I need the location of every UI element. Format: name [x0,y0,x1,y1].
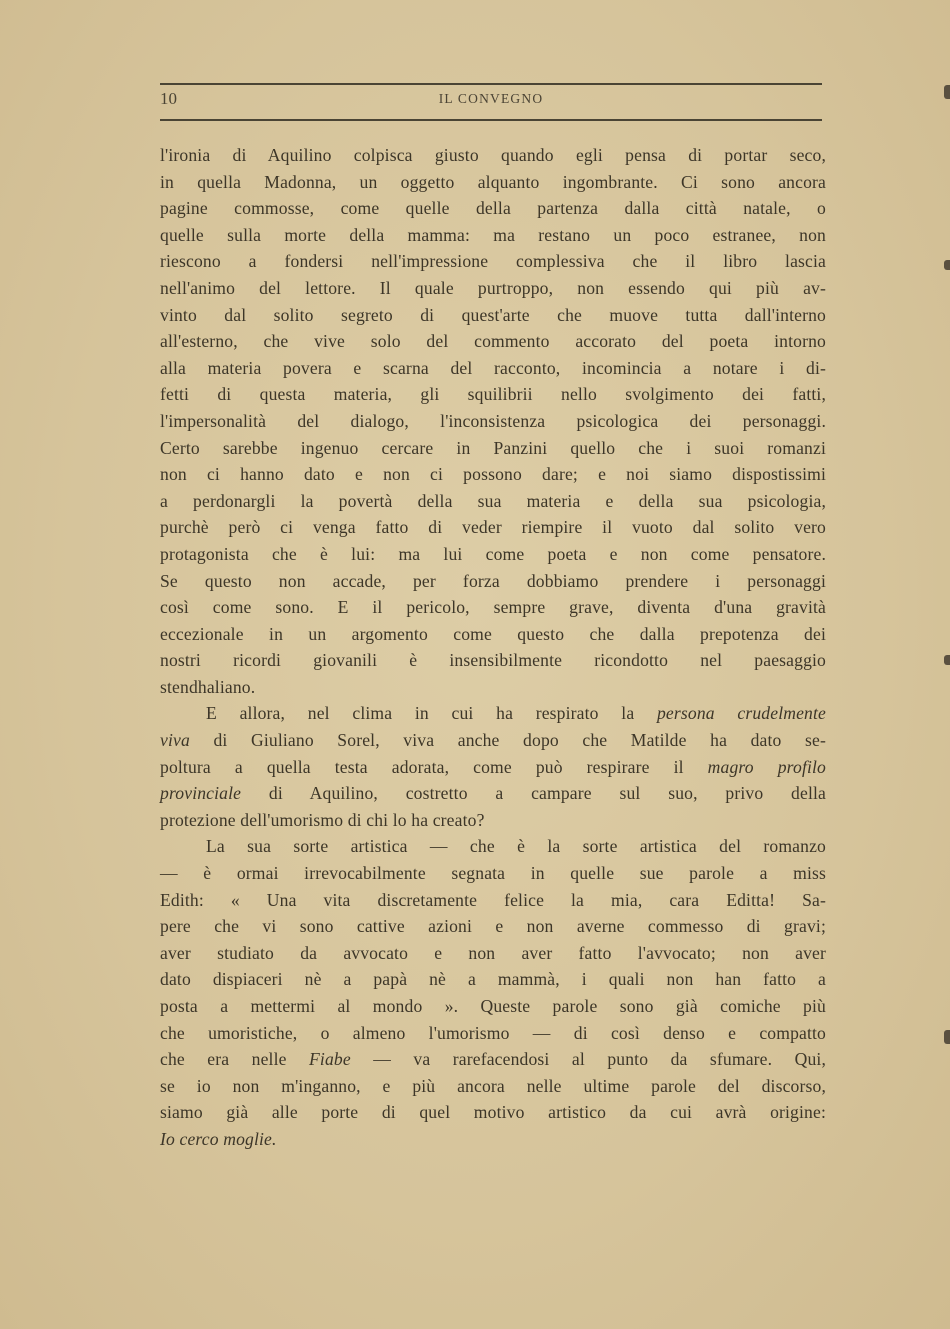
italic-phrase: provinciale [160,783,241,803]
text-line: a perdonargli la povertà della sua mater… [160,488,826,515]
text-run: E allora, nel clima in cui ha respirato … [206,703,657,723]
text-line: protagonista che è lui: ma lui come poet… [160,541,826,568]
text-line: Se questo non accade, per forza dobbiamo… [160,568,826,595]
text-line: Edith: « Una vita discretamente felice l… [160,887,826,914]
text-line: stendhaliano. [160,674,826,701]
text-line: in quella Madonna, un oggetto alquanto i… [160,169,826,196]
binding-hole-mark [944,1030,950,1044]
running-head: 10 IL CONVEGNO [160,89,822,113]
text-line: posta a mettermi al mondo ». Queste paro… [160,993,826,1020]
text-line: vinto dal solito segreto di quest'arte c… [160,302,826,329]
text-line: purchè però ci venga fatto di veder riem… [160,514,826,541]
text-run: che era nelle [160,1049,309,1069]
italic-phrase: persona crudelmente [657,703,826,723]
text-line: l'ironia di Aquilino colpisca giusto qua… [160,142,826,169]
text-line: così come sono. E il pericolo, sempre gr… [160,594,826,621]
text-line: siamo già alle porte di quel motivo arti… [160,1099,826,1126]
text-line: dato dispiaceri nè a papà nè a mammà, i … [160,966,826,993]
italic-phrase: magro profilo [708,757,826,777]
text-line: che umoristiche, o almeno l'umorismo — d… [160,1020,826,1047]
text-line: riescono a fondersi nell'impressione com… [160,248,826,275]
text-line: protezione dell'umorismo di chi lo ha cr… [160,807,826,834]
text-line: viva di Giuliano Sorel, viva anche dopo … [160,727,826,754]
text-line: — è ormai irrevocabilmente segnata in qu… [160,860,826,887]
text-line: l'impersonalità del dialogo, l'inconsist… [160,408,826,435]
text-line: aver studiato da avvocato e non aver fat… [160,940,826,967]
binding-hole-mark [944,655,950,665]
italic-title: Io cerco moglie. [160,1129,277,1149]
text-line: La sua sorte artistica — che è la sorte … [160,833,826,860]
journal-title: IL CONVEGNO [160,91,822,107]
text-line: Certo sarebbe ingenuo cercare in Panzini… [160,435,826,462]
text-line: che era nelle Fiabe — va rarefacendosi a… [160,1046,826,1073]
text-line: eccezionale in un argomento come questo … [160,621,826,648]
text-line: se io non m'inganno, e più ancora nelle … [160,1073,826,1100]
text-line: non ci hanno dato e non ci possono dare;… [160,461,826,488]
text-line: nostri ricordi giovanili è insensibilmen… [160,647,826,674]
text-line: nell'animo del lettore. Il quale purtrop… [160,275,826,302]
text-line: poltura a quella testa adorata, come può… [160,754,826,781]
text-line: quelle sulla morte della mamma: ma resta… [160,222,826,249]
text-line: fetti di questa materia, gli squilibrii … [160,381,826,408]
text-run: di Aquilino, costretto a campare sul suo… [241,783,826,803]
text-run: di Giuliano Sorel, viva anche dopo che M… [190,730,826,750]
text-line: provinciale di Aquilino, costretto a cam… [160,780,826,807]
text-run: — va rarefacendosi al punto da sfumare. … [351,1049,826,1069]
header-rule-top [160,83,822,85]
text-line: alla materia povera e scarna del raccont… [160,355,826,382]
binding-hole-mark [944,260,950,270]
binding-hole-mark [944,85,950,99]
text-line: pere che vi sono cattive azioni e non av… [160,913,826,940]
text-line: pagine commosse, come quelle della parte… [160,195,826,222]
italic-phrase: viva [160,730,190,750]
header-rule-bottom [160,119,822,121]
text-line: E allora, nel clima in cui ha respirato … [160,700,826,727]
text-run: poltura a quella testa adorata, come può… [160,757,708,777]
article-body: l'ironia di Aquilino colpisca giusto qua… [160,142,826,1153]
italic-title: Fiabe [309,1049,351,1069]
text-line: Io cerco moglie. [160,1126,826,1153]
text-line: all'esterno, che vive solo del commento … [160,328,826,355]
